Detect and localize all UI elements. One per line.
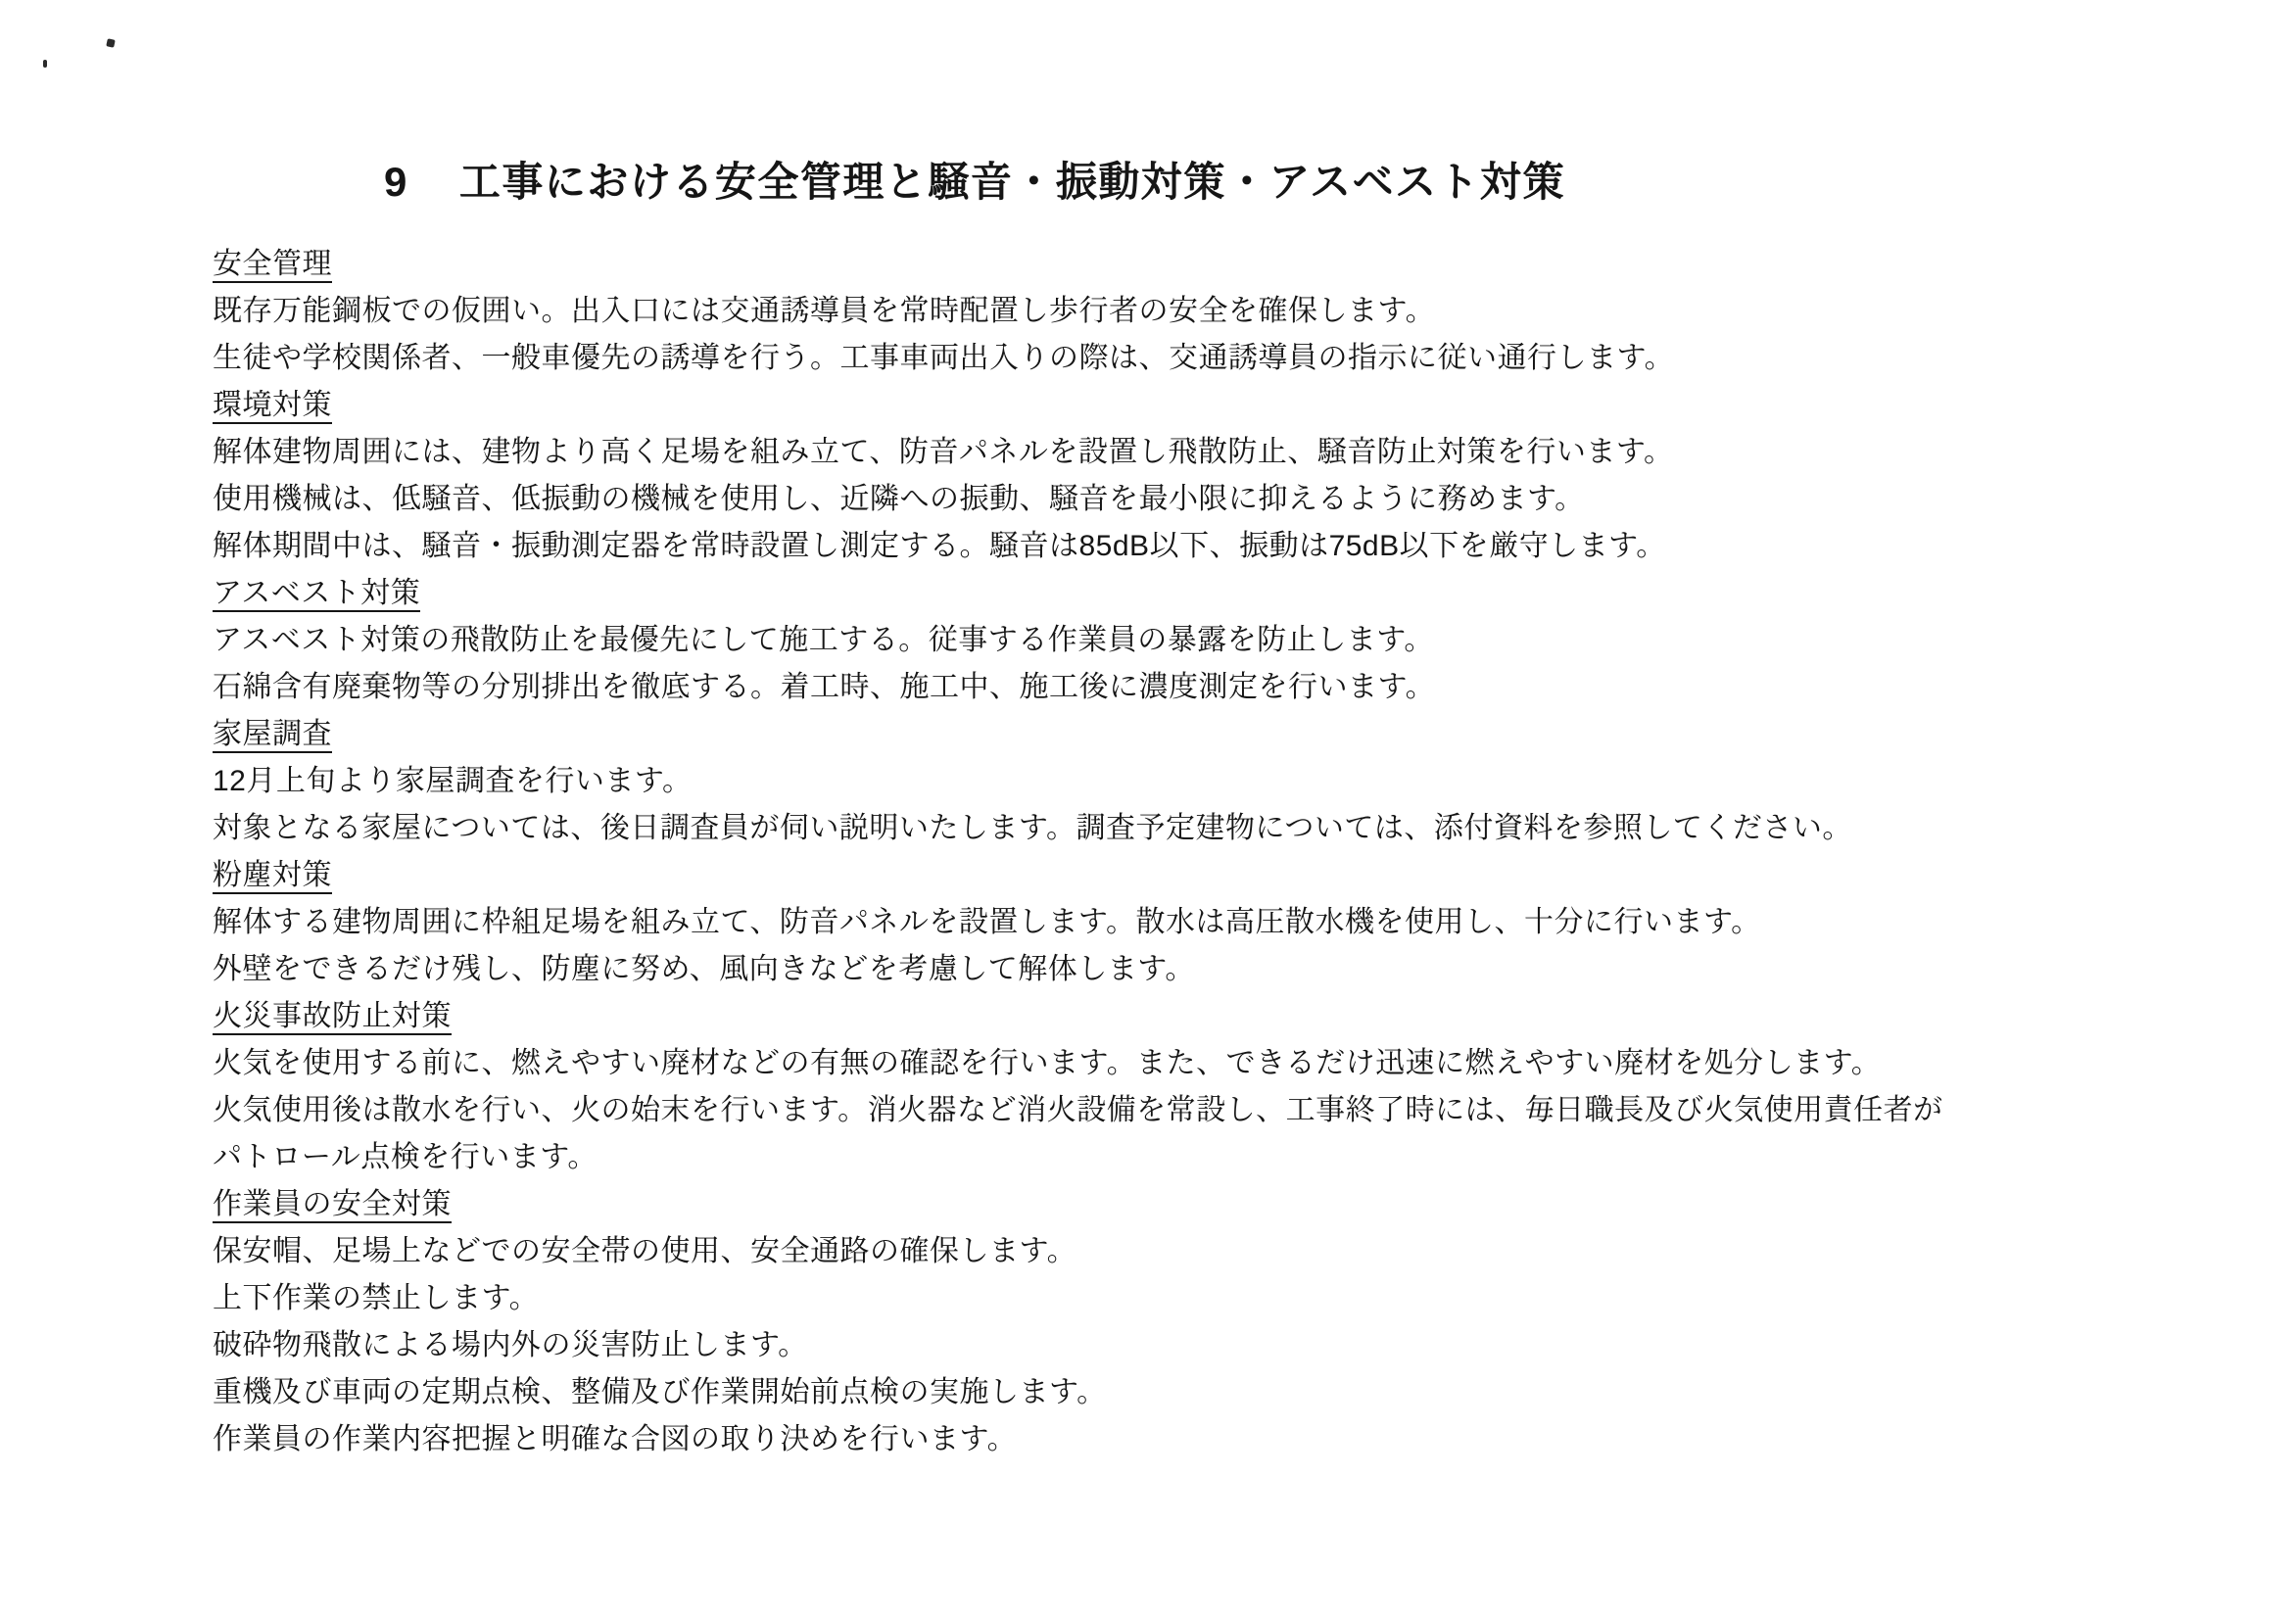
section-heading-text: 粉塵対策: [213, 859, 332, 894]
body-line: 保安帽、足場上などでの安全帯の使用、安全通路の確保します。: [213, 1228, 2172, 1275]
section-heading-text: 環境対策: [213, 389, 332, 424]
body-line: 破砕物飛散による場内外の災害防止します。: [213, 1322, 2172, 1369]
section-heading-text: 家屋調査: [213, 718, 332, 753]
scanned-page: 9 工事における安全管理と騒音・振動対策・アスベスト対策 安全管理既存万能鋼板で…: [0, 0, 2296, 1619]
body-line: 外壁をできるだけ残し、防塵に努め、風向きなどを考慮して解体します。: [213, 946, 2172, 993]
body-line: アスベスト対策の飛散防止を最優先にして施工する。従事する作業員の暴露を防止します…: [213, 617, 2172, 664]
scan-speck: [106, 38, 115, 47]
section-heading: 家屋調査: [213, 711, 2172, 758]
section-heading-text: 火災事故防止対策: [213, 1000, 452, 1035]
body-line: 作業員の作業内容把握と明確な合図の取り決めを行います。: [213, 1416, 2172, 1463]
body-line: 解体する建物周囲に枠組足場を組み立て、防音パネルを設置します。散水は高圧散水機を…: [213, 899, 2172, 946]
body-line: 上下作業の禁止します。: [213, 1275, 2172, 1322]
body-line: 重機及び車両の定期点検、整備及び作業開始前点検の実施します。: [213, 1369, 2172, 1416]
body-line: 火気使用後は散水を行い、火の始末を行います。消火器など消火設備を常設し、工事終了…: [213, 1087, 2172, 1134]
section-heading-text: アスベスト対策: [213, 577, 420, 612]
section-heading: 火災事故防止対策: [213, 993, 2172, 1040]
section-heading-text: 安全管理: [213, 248, 332, 283]
body-line: 石綿含有廃棄物等の分別排出を徹底する。着工時、施工中、施工後に濃度測定を行います…: [213, 664, 2172, 711]
section-heading: 粉塵対策: [213, 852, 2172, 899]
body-line: 解体建物周囲には、建物より高く足場を組み立て、防音パネルを設置し飛散防止、騒音防…: [213, 429, 2172, 476]
scan-speck: [43, 60, 47, 68]
title-number: 9: [384, 159, 408, 206]
title-text: 工事における安全管理と騒音・振動対策・アスベスト対策: [459, 159, 1565, 206]
section-heading: 作業員の安全対策: [213, 1181, 2172, 1228]
body-line: 火気を使用する前に、燃えやすい廃材などの有無の確認を行います。また、できるだけ迅…: [213, 1040, 2172, 1087]
body-line: 使用機械は、低騒音、低振動の機械を使用し、近隣への振動、騒音を最小限に抑えるよう…: [213, 476, 2172, 523]
section-heading: 環境対策: [213, 382, 2172, 429]
section-heading-text: 作業員の安全対策: [213, 1188, 452, 1223]
section-heading: アスベスト対策: [213, 570, 2172, 617]
body-line: 生徒や学校関係者、一般車優先の誘導を行う。工事車両出入りの際は、交通誘導員の指示…: [213, 335, 2172, 382]
section-heading: 安全管理: [213, 241, 2172, 288]
document-body: 安全管理既存万能鋼板での仮囲い。出入口には交通誘導員を常時配置し歩行者の安全を確…: [213, 241, 2172, 1463]
page-title: 9 工事における安全管理と騒音・振動対策・アスベスト対策: [384, 159, 1565, 206]
body-line: 解体期間中は、騒音・振動測定器を常時設置し測定する。騒音は85dB以下、振動は7…: [213, 523, 2172, 570]
body-line: 対象となる家屋については、後日調査員が伺い説明いたします。調査予定建物については…: [213, 805, 2172, 852]
body-line: 12月上旬より家屋調査を行います。: [213, 758, 2172, 805]
body-line: 既存万能鋼板での仮囲い。出入口には交通誘導員を常時配置し歩行者の安全を確保します…: [213, 288, 2172, 335]
body-line: パトロール点検を行います。: [213, 1134, 2172, 1181]
